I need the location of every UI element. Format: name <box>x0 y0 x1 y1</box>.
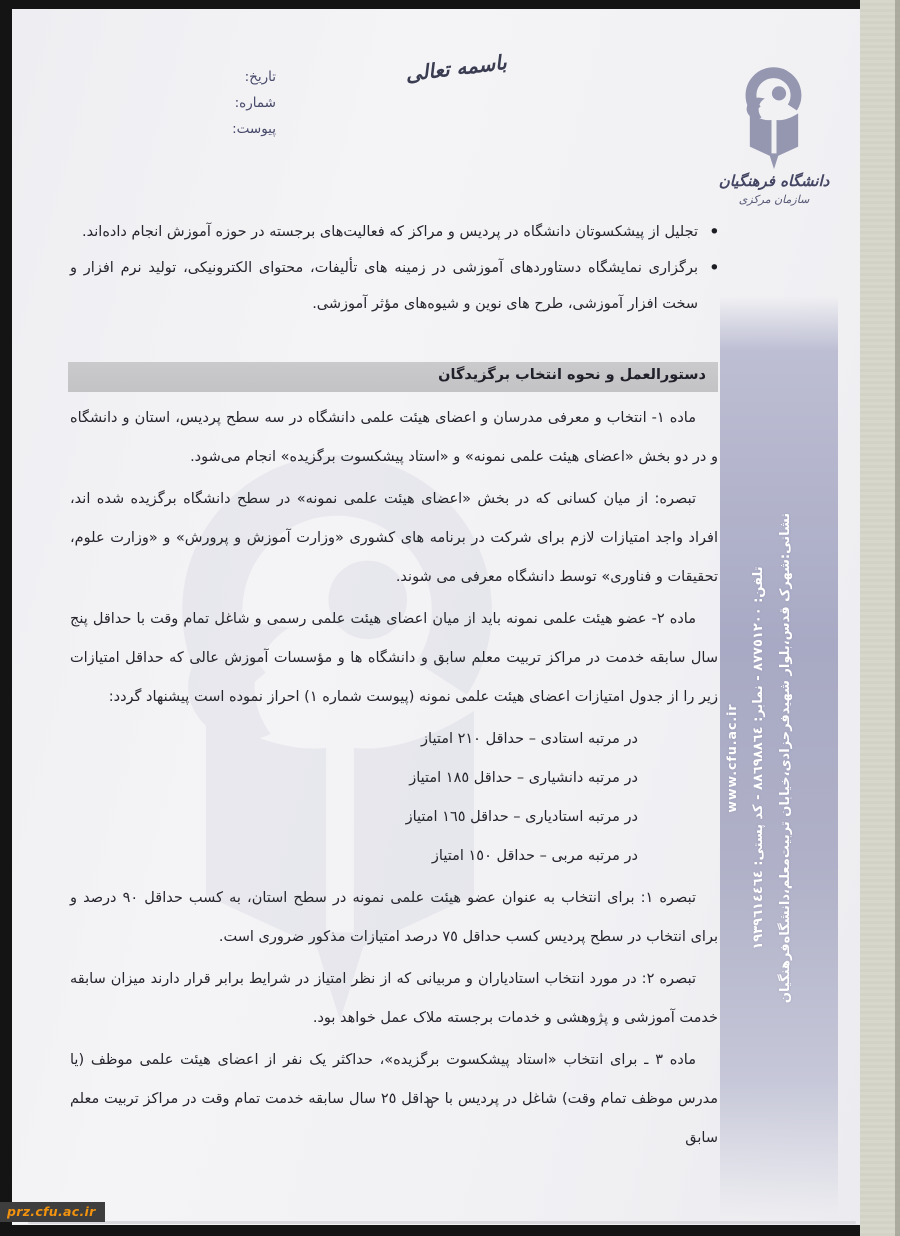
bullet-dot-icon: • <box>709 250 720 286</box>
rank-line-assistant: در مرتبه استادیاری – حداقل ١٦٥ امتیاز <box>70 798 638 837</box>
farhangian-university-emblem-icon <box>732 60 816 170</box>
list-item: • برگزاری نمایشگاه دستاوردهای آموزشی در … <box>70 250 722 322</box>
scan-bottom-shadow <box>28 1221 856 1224</box>
bullet-text: برگزاری نمایشگاه دستاوردهای آموزشی در زم… <box>70 260 698 312</box>
document-body: ماده ١- انتخاب و معرفی مدرسان و اعضای هی… <box>70 399 718 1161</box>
bullet-text: تجلیل از پیشکسوتان دانشگاه در پردیس و مر… <box>82 224 698 240</box>
address-line: نشانی:شهرک قدس،بلوار شهیدفرحزادی،خیابان … <box>772 308 799 1208</box>
rank-line-associate: در مرتبه دانشیاری – حداقل ١٨٥ امتیاز <box>70 759 638 798</box>
paragraph-note-2: تبصره ٢: در مورد انتخاب استادیاران و مرب… <box>70 960 718 1038</box>
rank-line-instructor: در مرتبه مربی – حداقل ١٥٠ امتیاز <box>70 837 638 876</box>
university-logo-title: دانشگاه فرهنگیان <box>698 172 850 190</box>
date-field-label: تاریخ: <box>158 64 276 90</box>
website-url: www.cfu.ac.ir <box>718 308 745 1208</box>
paragraph-article-1: ماده ١- انتخاب و معرفی مدرسان و اعضای هی… <box>70 399 718 477</box>
list-item: • تجلیل از پیشکسوتان دانشگاه در پردیس و … <box>70 214 722 250</box>
bullet-list: • تجلیل از پیشکسوتان دانشگاه در پردیس و … <box>70 214 722 322</box>
bullet-dot-icon: • <box>709 214 720 250</box>
site-watermark-badge: prz.cfu.ac.ir <box>0 1202 105 1222</box>
scanned-letter-page: { "letterhead": { "besmellah": "باسمه تع… <box>0 0 900 1236</box>
rank-score-list: در مرتبه استادی – حداقل ٢١٠ امتیاز در مر… <box>70 720 718 876</box>
paragraph-note-1: تبصره ١: برای انتخاب به عنوان عضو هیئت ع… <box>70 879 718 957</box>
letter-meta-fields: تاریخ: شماره: پیوست: <box>158 64 276 142</box>
section-heading: دستورالعمل و نحوه انتخاب برگزیدگان <box>68 362 718 392</box>
contact-info-rotated: www.cfu.ac.ir تلفن: ٨٧٧٥١٢٠٠ - نمابر: ٨٨… <box>718 308 822 1208</box>
rank-line-professor: در مرتبه استادی – حداقل ٢١٠ امتیاز <box>70 720 638 759</box>
university-logo: دانشگاه فرهنگیان سازمان مرکزی <box>698 60 850 206</box>
scanner-bed-edge <box>895 0 900 1236</box>
paragraph-note: تبصره: از میان کسانی که در بخش «اعضای هی… <box>70 480 718 597</box>
number-field-label: شماره: <box>158 90 276 116</box>
scanner-bed-strip <box>860 0 900 1236</box>
phone-line: تلفن: ٨٧٧٥١٢٠٠ - نمابر: ٨٨٦٩٨٨٦٤ - کد پس… <box>745 308 772 1208</box>
university-logo-subtitle: سازمان مرکزی <box>698 193 850 206</box>
paragraph-article-2: ماده ٢- عضو هیئت علمی نمونه باید از میان… <box>70 600 718 717</box>
attachment-field-label: پیوست: <box>158 116 276 142</box>
